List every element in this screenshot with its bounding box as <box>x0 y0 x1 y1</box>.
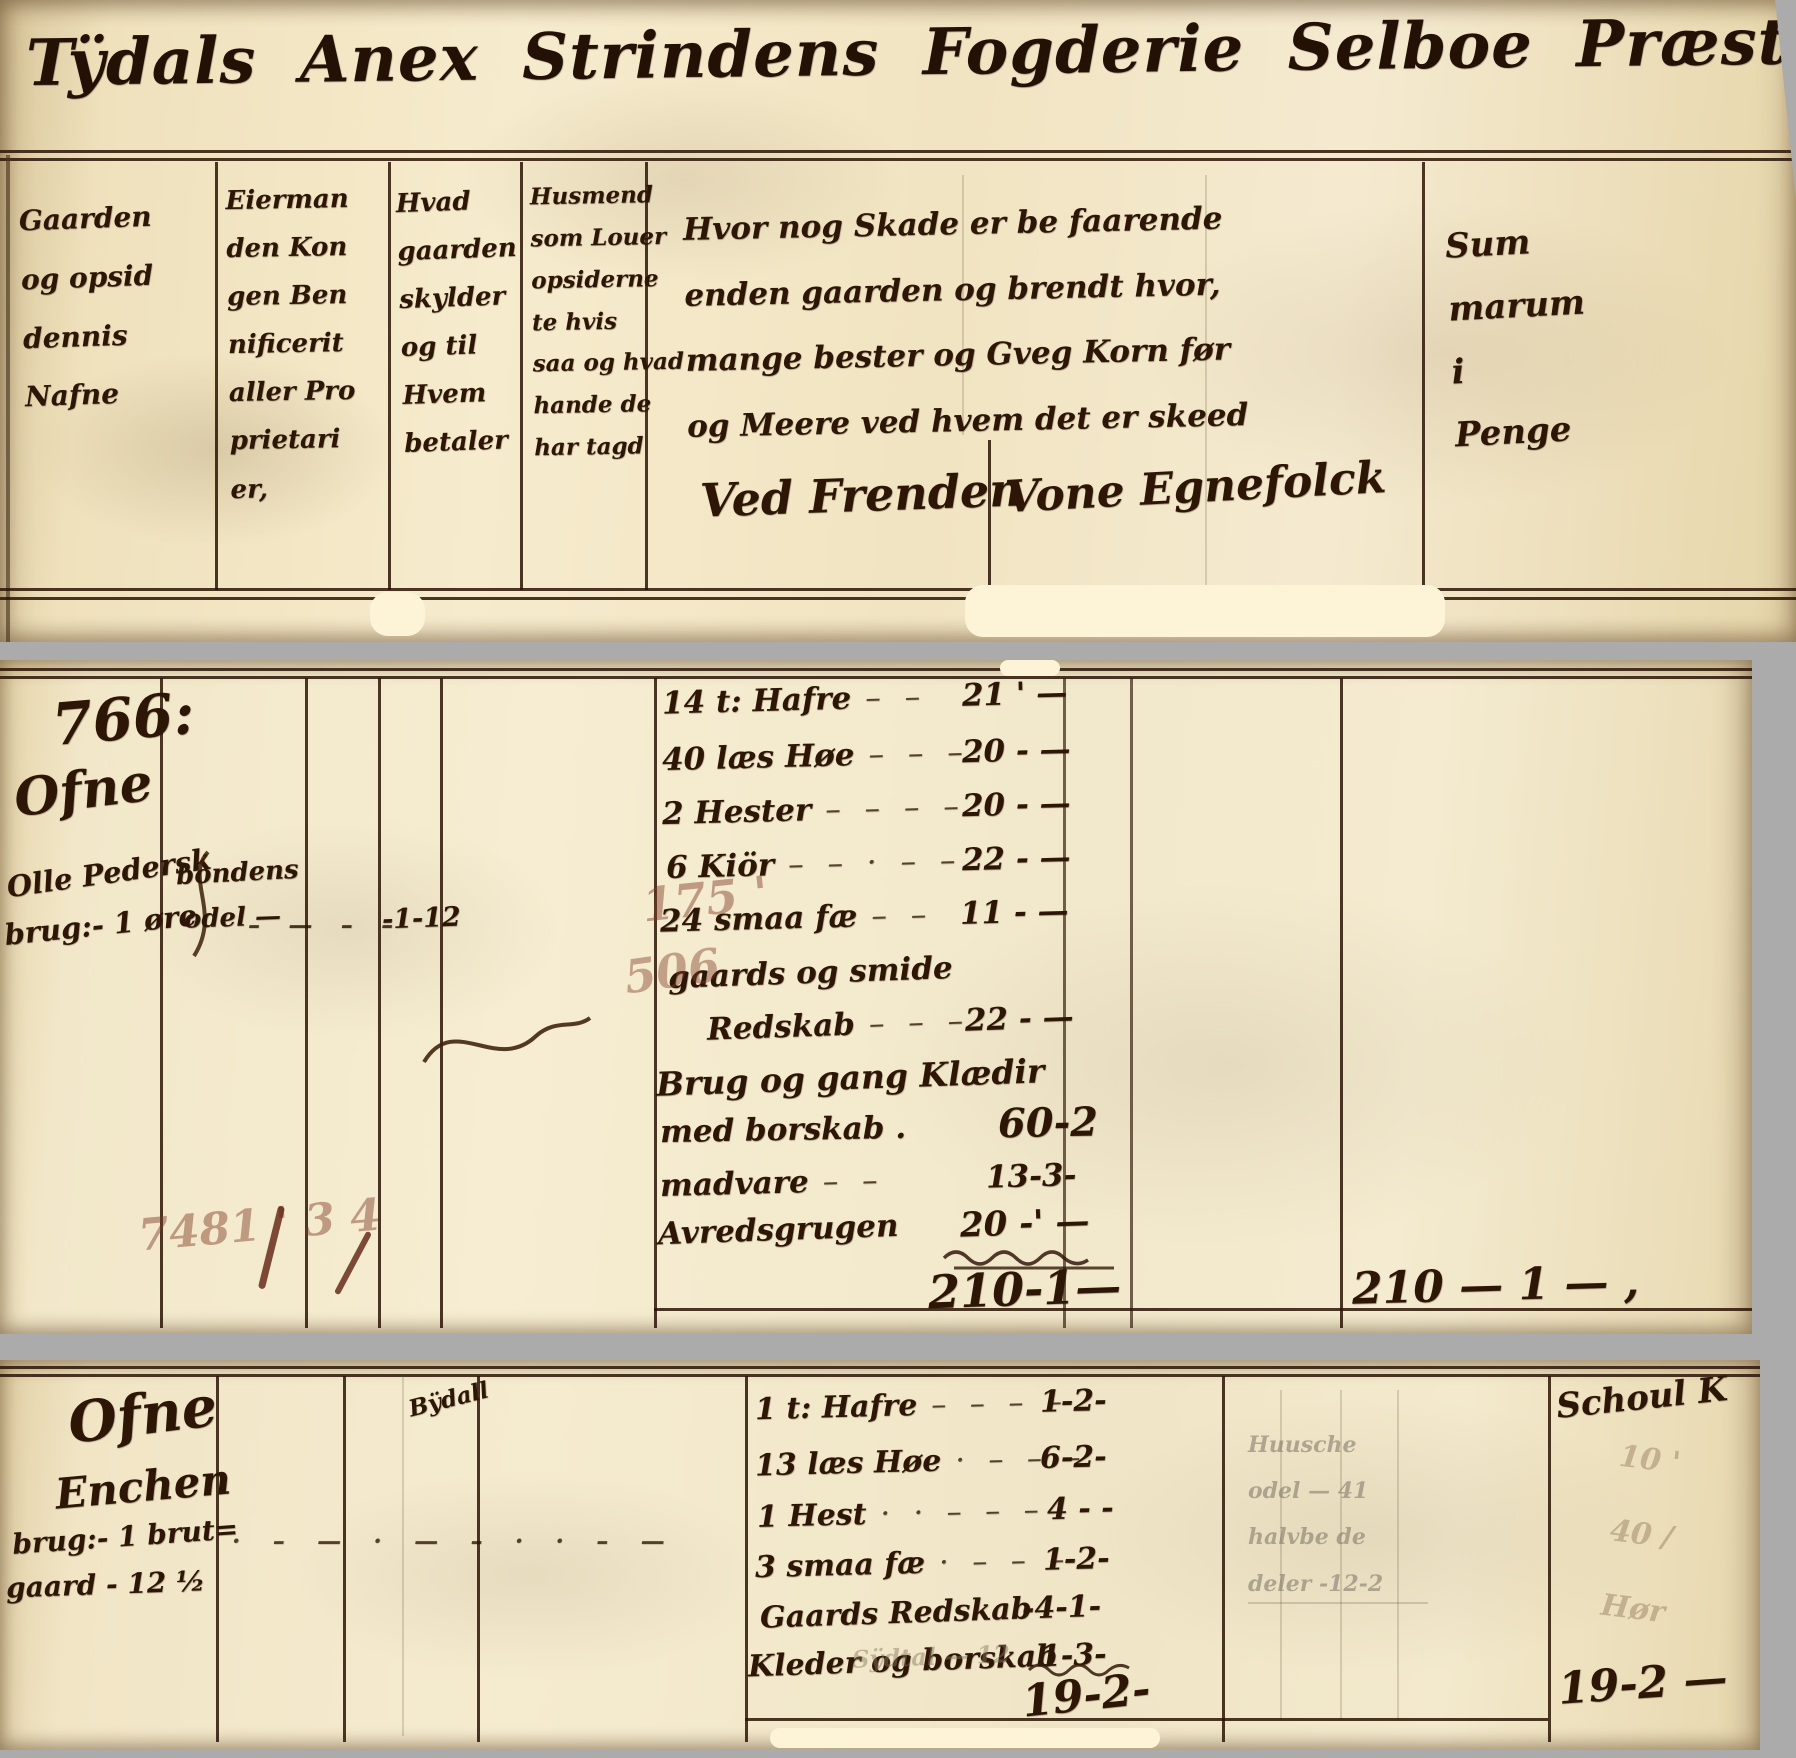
item-value: 22 - — <box>964 999 1074 1039</box>
item-value: 22 - — <box>961 839 1070 878</box>
item-label: Avredsgrugen <box>657 1208 899 1252</box>
entry1-holding: brug:- 1 øre <box>3 898 199 952</box>
item-leader: – – – – <box>825 788 966 828</box>
item-leader: · · – – – <box>880 1492 1046 1531</box>
entry1-item-row: 2 Hester– – – – 20 - — <box>662 788 975 832</box>
item-leader: – – – <box>868 1003 970 1043</box>
entry2-holding-line2: gaard - 12 ½ <box>5 1565 205 1605</box>
item-value: 20 - — <box>961 785 1070 824</box>
bleedthrough-text: Sÿdtal — 12 <box>852 1639 1011 1673</box>
table-rule <box>388 162 391 590</box>
entry2-holder: Enchen <box>53 1454 233 1518</box>
entry1-year: 766: <box>49 679 197 759</box>
table-rule <box>440 678 443 1328</box>
table-rule <box>745 1376 748 1742</box>
item-leader: – – <box>822 1162 885 1200</box>
item-label: Redskab <box>706 1007 855 1048</box>
header-sub-left: Ved Frenden <box>699 462 1023 527</box>
item-leader: – – <box>871 897 934 935</box>
paper-patch <box>965 585 1445 637</box>
entry1-total-right: 210 — 1 — , <box>1351 1256 1639 1314</box>
item-label: 14 t: Hafre <box>662 681 852 722</box>
table-rule <box>343 1376 346 1742</box>
entry2-row-dashes: · – — · — – · · – — <box>232 1526 677 1555</box>
header-col-farm: Gaardenog opsiddennisNafne <box>18 188 159 428</box>
item-value: 11 - — <box>959 893 1068 932</box>
entry1-owner-line1: bondens <box>175 855 299 891</box>
header-col-damage: Hvor nog Skade er be faarendeenden gaard… <box>682 186 1249 461</box>
table-rule <box>1548 1376 1551 1742</box>
entry1-item-row: 40 læs Høe– – – 20 - — <box>662 734 979 778</box>
table-rule <box>6 155 10 642</box>
item-label: 40 læs Høe <box>662 737 855 778</box>
entry2-item-row: 13 læs Høe· – – – 6-2- <box>755 1440 1096 1484</box>
entry1-item-row: Redskab– – – 22 - — <box>706 1002 978 1047</box>
item-value: 60-2 <box>998 1099 1099 1148</box>
manuscript-page: Tÿdals Anex Strindens Fogderie Selboe Pr… <box>0 0 1796 1758</box>
table-rule-ghost <box>1248 1602 1428 1604</box>
header-sub-right: Vone Egnefolck <box>1004 452 1387 523</box>
paper-patch <box>1000 660 1060 676</box>
item-value: 4 - - <box>1046 1491 1114 1528</box>
table-rule-ghost <box>1397 1390 1399 1720</box>
entry1-item-row: 14 t: Hafre– – 21 ' — <box>662 678 936 721</box>
table-rule <box>215 162 218 590</box>
item-value: 20 -' — <box>959 1201 1090 1245</box>
item-label: 1 Hest <box>757 1497 867 1535</box>
item-label: Brug og gang Klædir <box>655 1051 1045 1104</box>
item-value: 1-2- <box>1039 1383 1107 1420</box>
item-leader: – – <box>865 679 928 717</box>
item-value: 20 - — <box>961 731 1070 770</box>
entry2-item-row: 1 t: Hafre– – – – 1-2- <box>755 1384 1078 1427</box>
paper-patch <box>770 1728 1160 1748</box>
entry1-item-row: med borskab . 60-2 <box>660 1110 907 1150</box>
table-rule <box>1340 678 1343 1328</box>
table-rule <box>0 150 1796 153</box>
table-rule <box>477 1376 480 1742</box>
bleedthrough-text: Huuscheodel — 41halvbe dedeler -12-2 <box>1248 1422 1383 1607</box>
table-rule <box>0 1374 1760 1377</box>
table-rule <box>745 1718 1548 1721</box>
entry1-owner-dashes: – — – – <box>248 910 403 939</box>
table-rule <box>0 676 1752 679</box>
paper-patch <box>370 592 425 636</box>
bleedthrough-number: 7481 ' 3 4 <box>136 1190 383 1262</box>
manuscript-strip-header: Tÿdals Anex Strindens Fogderie Selboe Pr… <box>0 0 1796 642</box>
entry1-item-row: madvare– – 13-3- <box>660 1162 893 1204</box>
entry1-owner-value: -1-12 <box>381 902 461 936</box>
item-leader: – – – <box>868 734 970 773</box>
item-value: -4-1- <box>1021 1589 1101 1627</box>
item-leader: – – · – – <box>788 842 963 883</box>
entry1-farm-name: Ofne <box>11 752 156 829</box>
ink-flourish <box>420 1008 595 1078</box>
header-col-skyld: Hvadgaardenskylderog tilHvembetaler <box>395 176 524 469</box>
item-value: 6-2- <box>1040 1439 1108 1476</box>
table-rule <box>0 668 1752 671</box>
item-label: med borskab . <box>660 1110 907 1150</box>
entry2-item-row: Gaards Redskab -4-1- <box>759 1591 1032 1635</box>
manuscript-strip-entry2: Ofne Enchen brug:- 1 brut= gaard - 12 ½ … <box>0 1360 1760 1750</box>
entry1-item-row: Avredsgrugen 20 -' — <box>657 1208 899 1252</box>
entry2-farm-name: Ofne <box>65 1373 221 1457</box>
entry2-corner-note: Schoul K <box>1554 1369 1729 1427</box>
table-rule <box>0 158 1796 161</box>
header-col-owner: Eiermanden Kongen Bennificeritaller Prop… <box>225 175 357 514</box>
item-value: 21 ' — <box>961 675 1067 714</box>
item-value: 1-2- <box>1042 1541 1110 1578</box>
item-label: madvare <box>660 1164 810 1204</box>
item-value: 13-3- <box>985 1157 1076 1195</box>
table-rule <box>0 588 1796 591</box>
bleedthrough-text: 10 '40 /Hør <box>1597 1419 1688 1650</box>
entry2-item-row: 3 smaa fæ· – – – 1-2- <box>755 1542 1080 1585</box>
item-label: Gaards Redskab <box>759 1591 1032 1635</box>
manuscript-strip-entry1: 766: Ofne Olle Pedersk brug:- 1 øre bond… <box>0 660 1752 1334</box>
item-label: 13 læs Høe <box>755 1444 942 1484</box>
table-rule <box>1422 162 1425 590</box>
table-rule <box>654 678 657 1328</box>
page-title: Tÿdals Anex Strindens Fogderie Selboe Pr… <box>26 2 1796 101</box>
header-col-husmend: Husmendsom Loueropsidernete hvissaa og h… <box>529 174 685 470</box>
header-col-sum: SummarumiPenge <box>1444 209 1594 467</box>
entry2-item-row: 1 Hest· · – – – 4 - - <box>757 1492 1055 1535</box>
table-rule <box>1222 1376 1225 1742</box>
entry1-item-row: Brug og gang Klædir <box>655 1051 1045 1104</box>
table-rule <box>0 1366 1760 1369</box>
table-rule-ghost <box>402 1376 404 1736</box>
item-label: 2 Hester <box>662 792 812 832</box>
entry2-holding-line1: brug:- 1 brut= <box>11 1512 239 1561</box>
item-label: 1 t: Hafre <box>755 1388 918 1427</box>
entry2-total-right: 19-2 — <box>1556 1652 1729 1715</box>
item-label: 3 smaa fæ <box>755 1546 926 1585</box>
table-rule <box>1130 678 1133 1328</box>
table-rule <box>0 597 1796 600</box>
